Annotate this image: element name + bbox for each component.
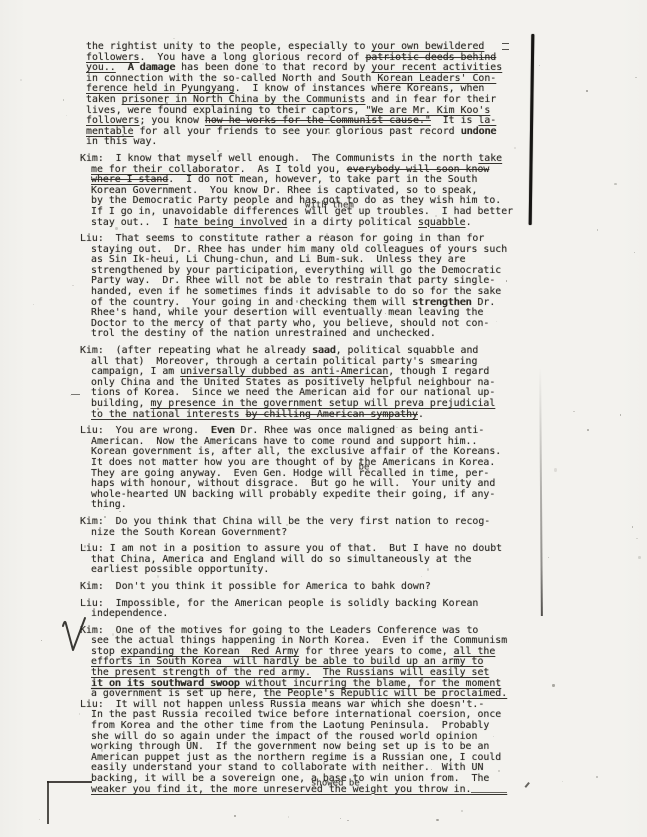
noise-speck (347, 820, 349, 822)
dialogue-paragraph: Kim: One of the motives for going to the… (80, 626, 560, 700)
typewritten-line: in this way. (86, 137, 560, 148)
noise-speck (323, 762, 325, 765)
noise-speck (435, 215, 437, 217)
noise-speck (288, 816, 290, 818)
noise-speck (63, 99, 64, 100)
noise-speck (461, 810, 463, 812)
noise-speck (20, 79, 22, 81)
noise-speck (381, 77, 383, 79)
noise-speck (84, 545, 86, 547)
noise-speck (506, 280, 507, 281)
noise-speck (173, 38, 175, 39)
noise-speck (573, 411, 575, 412)
noise-speck (586, 90, 588, 92)
noise-speck (115, 227, 117, 230)
noise-speck (351, 156, 353, 158)
noise-speck (636, 538, 638, 540)
noise-speck (72, 285, 74, 286)
noise-speck (382, 156, 385, 159)
noise-speck (597, 229, 599, 231)
document-text: the rightist unity to the people, especi… (80, 42, 560, 801)
dialogue-paragraph: Liu: That seems to constitute rather a r… (80, 234, 560, 340)
noise-speck (548, 557, 549, 558)
noise-speck (396, 427, 398, 428)
noise-speck (291, 266, 293, 268)
noise-speck (296, 300, 298, 302)
noise-speck (328, 115, 330, 117)
corner-bracket-mark (47, 781, 92, 783)
noise-speck (176, 520, 178, 522)
noise-speck (638, 556, 641, 559)
noise-speck (431, 769, 432, 770)
trailing-underline-mark (471, 792, 507, 793)
noise-speck (436, 819, 439, 821)
noise-speck (283, 698, 285, 699)
typewritten-line: whole-hearted UN backing will probably e… (91, 490, 560, 501)
typewritten-line: thing. (91, 500, 560, 511)
noise-speck (319, 100, 321, 103)
noise-speck (514, 147, 516, 149)
corner-bracket-mark (47, 781, 49, 824)
noise-speck (356, 714, 357, 715)
typewritten-line: Kim: Don't you think it possible for Ame… (80, 582, 560, 593)
margin-checkmark (61, 615, 89, 655)
noise-speck (97, 408, 99, 409)
typewritten-line: to the national interests by chilling Am… (91, 410, 560, 421)
noise-speck (39, 819, 40, 820)
noise-speck (130, 127, 131, 128)
typewritten-line: nize the South Korean Government? (91, 528, 560, 539)
margin-dash-mark (71, 394, 80, 395)
dialogue-paragraph: Kim: Do you think that China will be the… (80, 517, 560, 538)
typewritten-line: independence. (91, 609, 560, 620)
noise-speck (33, 304, 34, 305)
noise-speck (66, 115, 67, 116)
dialogue-paragraph: Liu: I am not in a position to assure yo… (80, 544, 560, 576)
noise-speck (587, 429, 589, 431)
noise-speck (596, 776, 598, 778)
noise-speck (207, 404, 208, 405)
noise-speck (620, 414, 621, 416)
dialogue-paragraph: Kim: I know that myself well enough. The… (80, 154, 560, 228)
typewritten-line: stay out.. I hate being involved in a di… (91, 218, 560, 229)
dialogue-paragraph: Kim: Don't you think it possible for Ame… (80, 582, 560, 593)
noise-speck (632, 526, 634, 528)
noise-speck (123, 631, 125, 632)
noise-speck (252, 659, 253, 660)
dialogue-paragraph: Liu: You are wrong. Even Dr. Rhee was on… (80, 426, 560, 511)
noise-speck (635, 77, 636, 78)
typewritten-line: trol the destiny of the nation unrestrai… (91, 329, 560, 340)
noise-speck (217, 150, 219, 151)
noise-speck (552, 684, 554, 686)
typewritten-line: weaker you find it, the more unreservsho… (91, 785, 560, 796)
noise-speck (205, 483, 206, 484)
noise-speck (614, 183, 616, 185)
dialogue-paragraph: Liu: It will not happen unless Russia me… (80, 700, 560, 795)
noise-speck (326, 233, 328, 234)
noise-speck (634, 252, 636, 253)
noise-speck (103, 509, 104, 510)
dialogue-paragraph: Kim: (after repeating what he already sa… (80, 346, 560, 420)
noise-speck (340, 818, 341, 819)
document-page: the rightist unity to the people, especi… (0, 0, 647, 837)
typewritten-line: earliest possible opportunity. (91, 565, 560, 576)
dialogue-paragraph: Liu: Impossible, for the American people… (80, 599, 560, 620)
noise-speck (562, 781, 563, 782)
noise-speck (41, 640, 42, 641)
noise-speck (165, 102, 168, 104)
noise-speck (234, 815, 236, 817)
noise-speck (200, 585, 202, 587)
noise-speck (367, 220, 369, 222)
dialogue-paragraph: the rightist unity to the people, especi… (80, 42, 560, 148)
equals-mark (502, 43, 509, 50)
noise-speck (554, 468, 557, 471)
